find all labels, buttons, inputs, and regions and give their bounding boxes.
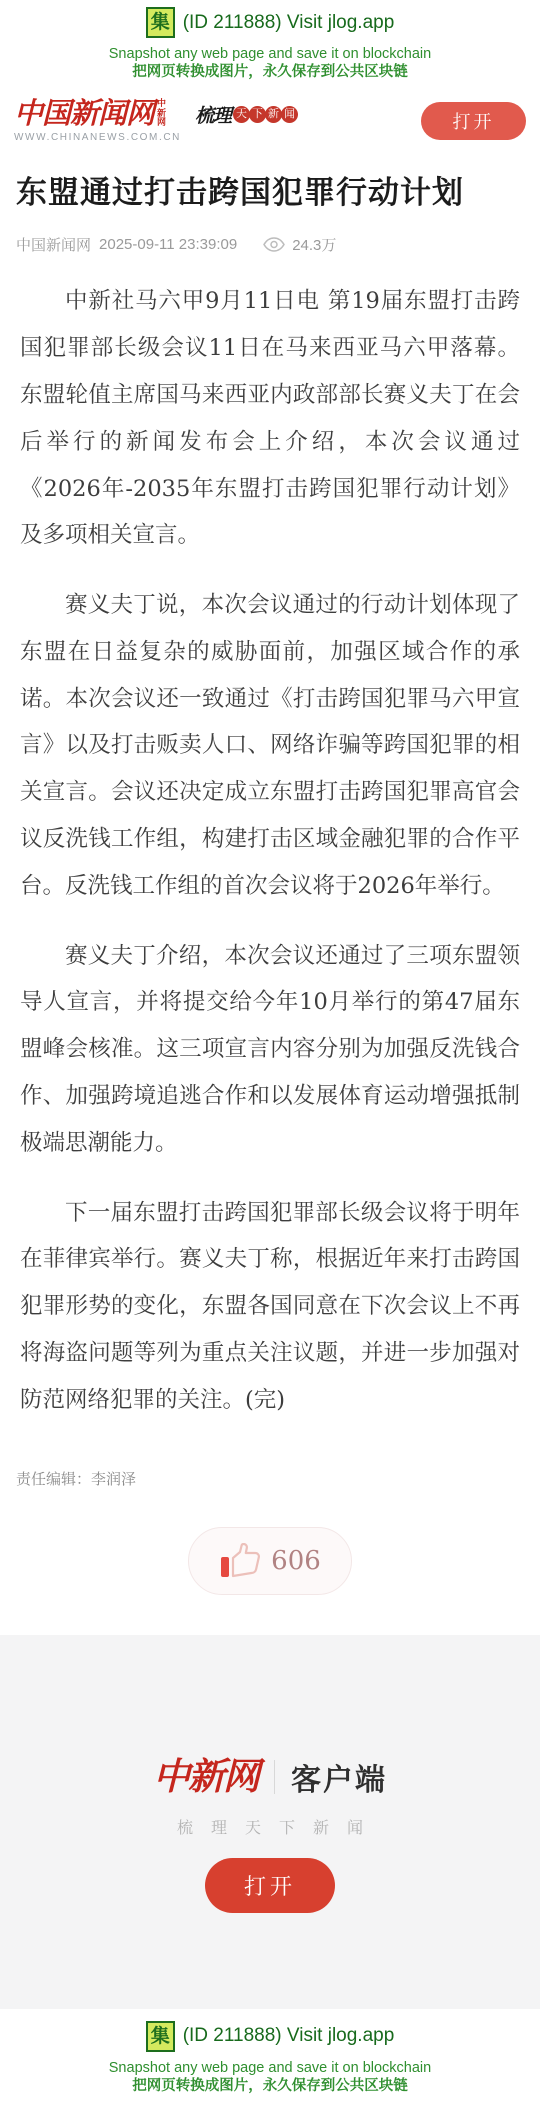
- like-row: 606: [0, 1527, 540, 1595]
- promo-id-link[interactable]: (ID 211888) Visit jlog.app: [183, 2025, 395, 2047]
- article-paragraph: 赛义夫丁介绍，本次会议还通过了三项东盟领导人宣言，并将提交给今年10月举行的第4…: [20, 933, 520, 1167]
- chinanews-logo-side: 中新网: [157, 99, 166, 127]
- promo-tagline-cn: 把网页转换成图片，永久保存到公共区块链: [0, 63, 540, 81]
- article-source: 中国新闻网: [16, 234, 91, 255]
- site-header: 中国新闻网 中新网 WWW.CHINANEWS.COM.CN 梳理 天下新闻 打…: [0, 87, 540, 153]
- promo-tagline-en: Snapshot any web page and save it on blo…: [0, 45, 540, 63]
- view-count: 24.3万: [292, 234, 336, 255]
- thumbs-up-icon: [219, 1543, 261, 1579]
- footer-logo-text: 中新网: [153, 1758, 258, 1795]
- tagline-badges: 天下新闻: [234, 106, 298, 123]
- chinanews-logo[interactable]: 中国新闻网 中新网 WWW.CHINANEWS.COM.CN: [14, 99, 181, 143]
- promo-banner-top: 集 (ID 211888) Visit jlog.app Snapshot an…: [0, 0, 540, 87]
- open-app-button-header[interactable]: 打开: [421, 102, 526, 140]
- tagline-badge: 闻: [281, 106, 298, 123]
- app-footer: 中新网 客户端 梳理天下新闻 打开: [0, 1635, 540, 2009]
- promo-id-link[interactable]: (ID 211888) Visit jlog.app: [183, 12, 395, 34]
- article-body: 中新社马六甲9月11日电 第19届东盟打击跨国犯罪部长级会议11日在马来西亚马六…: [0, 278, 540, 1423]
- promo-tagline-cn: 把网页转换成图片，永久保存到公共区块链: [0, 2077, 540, 2095]
- like-count: 606: [271, 1546, 321, 1576]
- editor-credit: 责任编辑：李润泽: [0, 1468, 540, 1489]
- article-meta: 中国新闻网 2025-09-11 23:39:09 24.3万: [0, 234, 540, 255]
- tagline-prefix: 梳理: [195, 101, 231, 128]
- promo-banner-bottom: 集 (ID 211888) Visit jlog.app Snapshot an…: [0, 2009, 540, 2101]
- chinanews-logo-text: 中国新闻网: [14, 99, 154, 128]
- open-app-button-footer[interactable]: 打开: [205, 1858, 335, 1913]
- views-eye-icon: [263, 237, 285, 252]
- jlog-logo-icon: 集: [146, 2021, 175, 2052]
- tagline-badge: 天: [233, 106, 250, 123]
- article-datetime: 2025-09-11 23:39:09: [99, 236, 237, 253]
- tagline-badge: 下: [249, 106, 266, 123]
- promo-tagline-en: Snapshot any web page and save it on blo…: [0, 2059, 540, 2077]
- article-paragraph: 中新社马六甲9月11日电 第19届东盟打击跨国犯罪部长级会议11日在马来西亚马六…: [20, 278, 520, 559]
- article-paragraph: 赛义夫丁说，本次会议通过的行动计划体现了东盟在日益复杂的威胁面前，加强区域合作的…: [20, 582, 520, 910]
- footer-divider: [274, 1760, 275, 1794]
- header-tagline: 梳理 天下新闻: [195, 101, 298, 128]
- jlog-logo-icon: 集: [146, 7, 175, 38]
- article-paragraph: 下一届东盟打击跨国犯罪部长级会议将于明年在菲律宾举行。赛义夫丁称，根据近年来打击…: [20, 1190, 520, 1424]
- tagline-badge: 新: [265, 106, 282, 123]
- footer-tagline: 梳理天下新闻: [0, 1815, 540, 1838]
- like-button[interactable]: 606: [188, 1527, 352, 1595]
- article-title: 东盟通过打击跨国犯罪行动计划: [0, 173, 540, 213]
- chinanews-url: WWW.CHINANEWS.COM.CN: [14, 132, 181, 143]
- footer-app-label: 客户端: [291, 1755, 387, 1799]
